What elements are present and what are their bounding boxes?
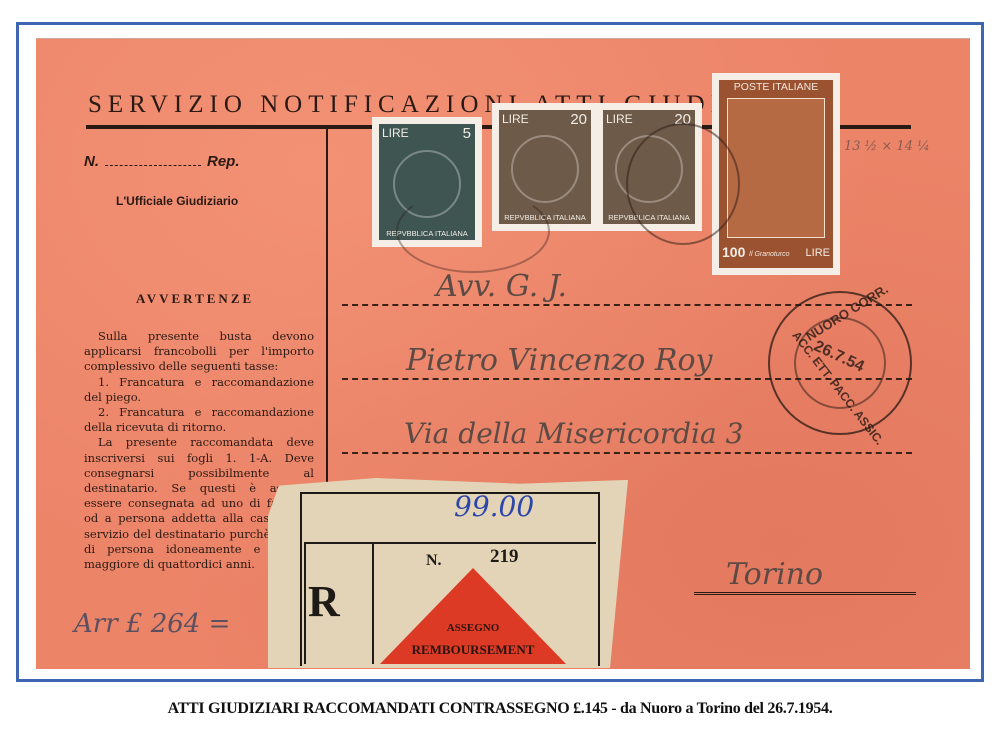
label-divider [304,542,306,664]
address-line2: Pietro Vincenzo Roy [406,343,712,378]
n-label: N. [84,153,99,170]
postmark-partial [396,189,550,273]
stamp-currency: LIRE [382,126,409,140]
stamp-currency: LIRE [502,112,529,126]
n-dots [105,165,201,166]
registration-letter: R [308,576,340,627]
stamp-currency: LIRE [806,247,830,259]
notice-paragraph: 1. Francatura e raccomandazione del pieg… [84,375,314,405]
number-label: N. [426,552,442,570]
caption: ATTI GIUDIZIARI RACCOMANDATI CONTRASSEGN… [0,700,1000,718]
label-divider [372,544,374,664]
pencil-note-bottom: Arr £ 264 = [74,609,230,639]
stamp-value: 100 [722,244,745,260]
notice-paragraph: Sulla presente busta devono applicarsi f… [84,329,314,375]
stamp-value: 20 [570,111,587,128]
header-title: SERVIZIO NOTIFICAZIONI ATTI GIUDIZIARI [88,91,822,119]
pencil-note-top: 13 ½ × 14 ¼ [844,139,930,154]
notice-title: AVVERTENZE [136,291,254,307]
triangle-line2: REMBOURSEMENT [380,642,566,658]
address-line [342,451,912,454]
label-divider [306,542,596,544]
stamp-currency: LIRE [606,112,633,126]
siracusana-head-icon [511,135,579,203]
stamp-value: 5 [463,125,471,142]
notice-paragraph: 2. Francatura e raccomandazione della ri… [84,405,314,435]
registration-label: 99.00 R N. 219 ASSEGNO REMBOURSEMENT [268,478,628,668]
harvest-scene-icon [727,98,825,238]
officer-label: L'Ufficiale Giudiziario [116,194,238,208]
cod-amount-handwritten: 99.00 [454,490,534,523]
registration-number: 219 [490,546,519,568]
number-rep-field: N.Rep. [84,153,240,170]
stamp-title: Il Granoturco [749,251,789,258]
rep-label: Rep. [207,153,240,170]
address-city: Torino [726,557,823,592]
address-line3: Via della Misericordia 3 [404,417,743,450]
postmark-partial [626,123,740,245]
stamp-country: POSTE ITALIANE [719,81,833,93]
postmark: NUORO CORR. 26.7.54 ACC. ETT. PACC. ASSI… [768,291,912,435]
address-line1: Avv. G. J. [436,269,567,304]
